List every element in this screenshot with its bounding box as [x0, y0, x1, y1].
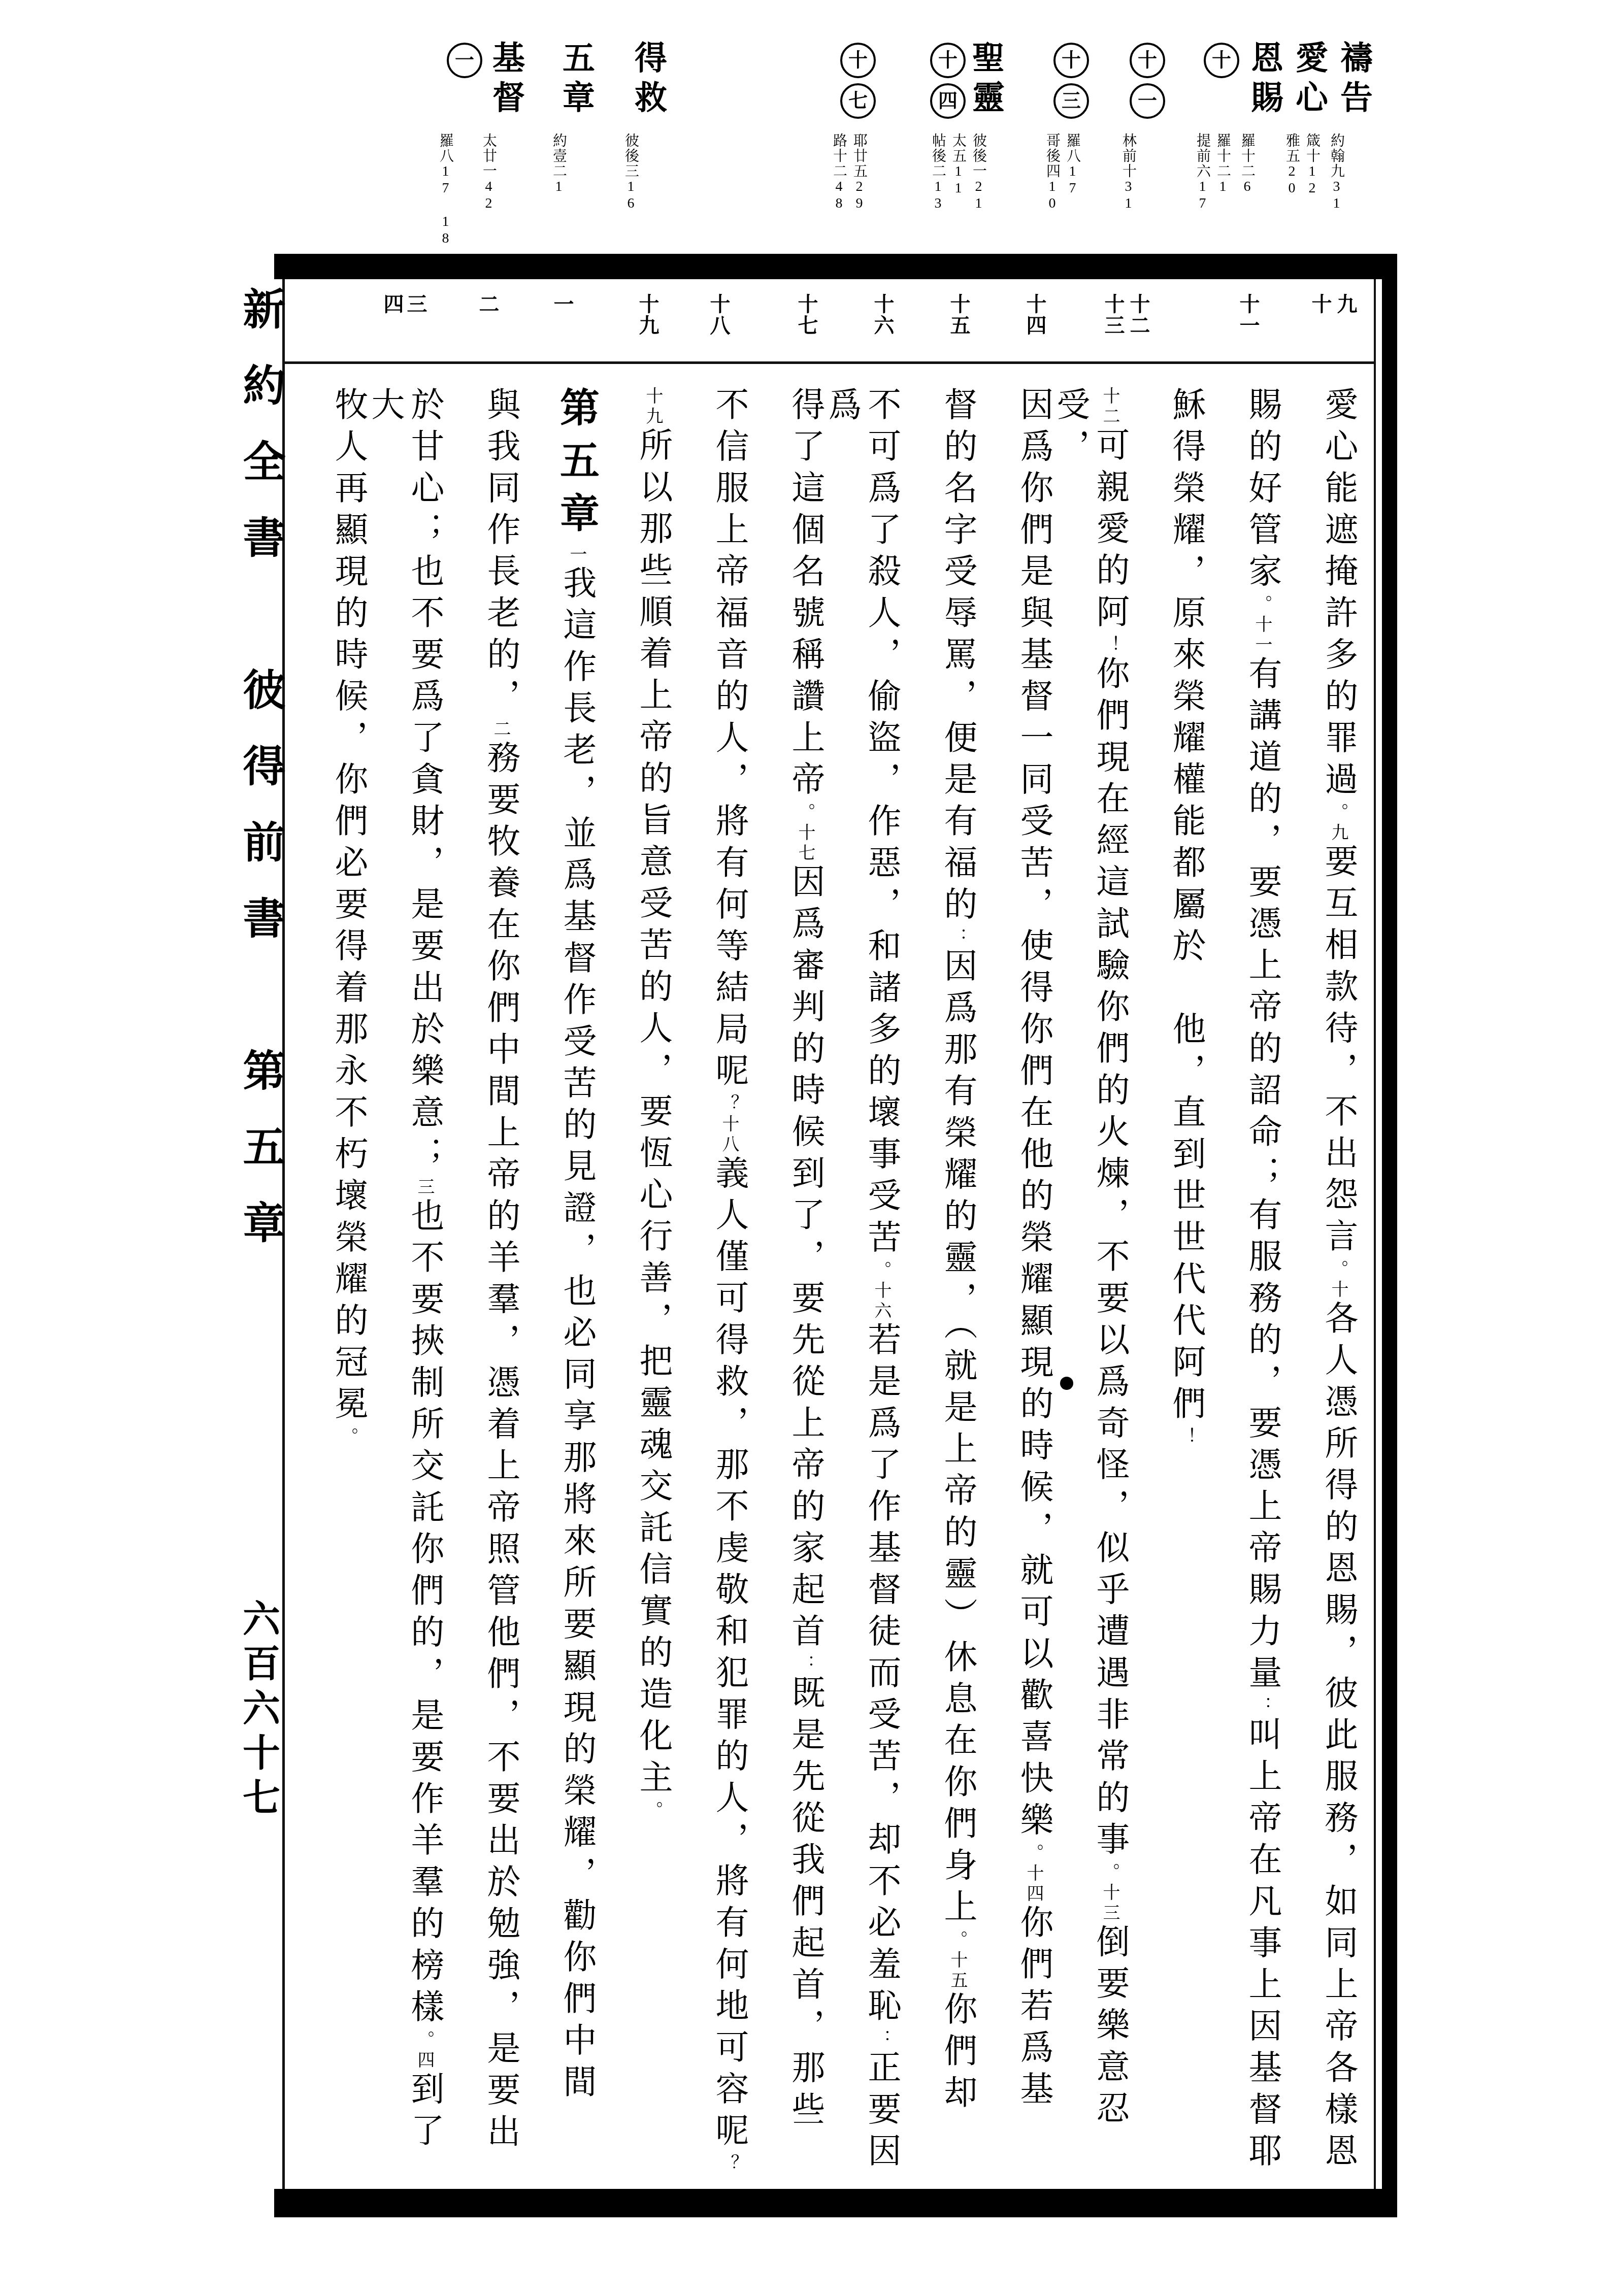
cross-references: 羅十二1提前六17: [1194, 133, 1231, 212]
inline-verse-mark: 。四: [415, 2031, 434, 2071]
cross-references: 太廿一42: [480, 133, 497, 212]
scripture-text: 督的名字受辱罵，便是有福的: [939, 387, 976, 928]
frame-top-border: [274, 254, 1397, 279]
annotation-topic-label: 愛心: [1289, 41, 1329, 120]
text-column: 與我同作長老的，二務要牧養在你們中間上帝的羊羣，憑着上帝照管他們，不要出於勉強，…: [480, 387, 520, 2186]
cross-references: 約翰九31: [1328, 133, 1345, 212]
scripture-text: 你們現在經這試驗你們的火煉，不要以爲奇怪，似乎遭遇非常的事: [1091, 656, 1128, 1863]
verse-number: 十五: [947, 293, 970, 358]
cross-reference: 彼後一21: [970, 133, 987, 212]
inline-verse-mark: ！: [1176, 1427, 1195, 1448]
annotation-cluster: 恩賜: [1238, 41, 1284, 120]
text-column: 賜的好管家。十一有講道的，要憑上帝的詔命；有服務的，要憑上帝賜力量：叫上帝在凡事…: [1242, 387, 1281, 2186]
scripture-text: 因爲那有榮耀的靈，（就是上帝的靈）休息在你們身上: [939, 948, 976, 1931]
cross-references: 羅八17 18: [437, 133, 454, 247]
cross-reference: 約翰九31: [1328, 133, 1345, 212]
scripture-text: 若是爲了作基督徒而受苦，却不必羞恥: [863, 1322, 900, 2029]
text-column: 督的名字受辱罵，便是有福的：因爲那有榮耀的靈，（就是上帝的靈）休息在你們身上。十…: [937, 387, 977, 2186]
text-column: 因爲你們是與基督一同受苦，使得你們在他的榮耀顯現的時候，就可以歡喜快樂。十四你們…: [1013, 387, 1053, 2186]
annotation-cluster: 一: [437, 41, 482, 78]
circle-numeral: 十: [1204, 43, 1239, 78]
text-column: 於甘心；也不要爲了貪財，是要出於樂意；三也不要挾制所交託你們的，是要作羊羣的榜樣…: [404, 387, 444, 2186]
inline-verse-mark: ？十八: [719, 1094, 738, 1155]
cross-reference: 雅五20: [1283, 133, 1300, 197]
scripture-text: 不可爲了殺人，偷盜，作惡，和諸多的壞事受苦: [863, 387, 900, 1261]
cross-references: 箴十12雅五20: [1283, 133, 1321, 197]
verse-number: 十七: [795, 293, 818, 358]
scripture-text: 因爲你們是與基督一同受苦，使得你們在他的榮耀顯現的時候，就可以歡喜快樂: [1015, 387, 1052, 1844]
annotation-cluster: 禱告: [1328, 41, 1373, 120]
circle-numeral: 十: [1130, 43, 1165, 78]
scripture-text: 你們却: [939, 1991, 976, 2116]
scripture-text: 你們若爲基: [1015, 1905, 1052, 2113]
verse-number: 二: [476, 293, 499, 358]
inline-verse-mark: ：: [948, 928, 967, 948]
cross-reference: 羅八17: [1064, 133, 1081, 212]
annotation-topic-label: 基督: [486, 41, 525, 120]
cross-references: 約壹二1: [550, 133, 567, 195]
verse-number: 一: [550, 293, 574, 358]
scripture-text: 也不要挾制所交託你們的，是要作羊羣的榜樣: [406, 1198, 443, 2031]
scripture-text: 不信服上帝福音的人，將有何等結局呢: [710, 387, 747, 1094]
text-column: 不信服上帝福音的人，將有何等結局呢？十八義人僅可得救，那不虔敬和犯罪的人，將有何…: [709, 387, 748, 2186]
verse-number: 三: [404, 293, 427, 358]
annotation-topic-label: 禱告: [1334, 41, 1373, 120]
inline-verse-mark: 一: [567, 545, 586, 565]
scripture-text: 既是先從我們起首，那些: [786, 1675, 823, 2133]
annotation-topic-label: 恩賜: [1244, 41, 1284, 120]
cross-references: 羅十二6: [1238, 133, 1256, 195]
text-column: 十九所以那些順着上帝的旨意受苦的人，要恆心行善，把靈魂交託信實的造化主。: [633, 387, 672, 2186]
cross-reference: 耶廿五29: [850, 133, 868, 212]
annotation-cluster: 聖靈十四: [929, 41, 1005, 120]
inline-verse-mark: 。十一: [1252, 595, 1271, 656]
scripture-text: 愛心能遮掩許多的罪過: [1319, 387, 1357, 803]
circle-numeral: 十: [840, 43, 876, 78]
text-column: 十二可親愛的阿！你們現在經這試驗你們的火煉，不要以爲奇怪，似乎遭遇非常的事。十三…: [1090, 387, 1129, 2186]
verse-number: 十四: [1023, 293, 1046, 358]
cross-reference: 羅十二1: [1214, 133, 1231, 212]
annotation-cluster: 十三: [1043, 41, 1089, 119]
cross-reference: 羅八17 18: [437, 133, 454, 247]
inline-verse-mark: 。: [339, 1427, 357, 1448]
verse-number: 十八: [707, 293, 730, 358]
text-column: 不可爲了殺人，偷盜，作惡，和諸多的壞事受苦。十六若是爲了作基督徒而受苦，却不必羞…: [861, 387, 901, 2186]
verse-number: 十一: [1236, 293, 1260, 358]
inline-verse-mark: 。十五: [948, 1931, 967, 1991]
circled-verse-number: 一: [447, 43, 482, 78]
scripture-text: 務要牧養在你們中間上帝的羊羣，憑着上帝照管他們，不要出於勉強，是要出: [482, 740, 519, 2155]
annotation-topic-label: 聖靈: [966, 41, 1005, 120]
inline-verse-mark: ：: [796, 1655, 814, 1675]
inline-verse-mark: 。十六: [872, 1261, 890, 1322]
annotation-cluster: 五章: [550, 41, 596, 120]
circle-numeral: 一: [447, 43, 482, 78]
verse-number: 十: [1308, 293, 1332, 358]
circle-numeral: 七: [840, 83, 876, 119]
scripture-text: 穌得榮耀，原來榮耀權能都屬於 他，直到世世代代阿們: [1167, 387, 1204, 1427]
annotation-topic-label: 得救: [628, 41, 668, 120]
text-column: 牧人再顯現的時候，你們必要得着那永不朽壞榮耀的冠冕。: [328, 387, 368, 2186]
cross-reference: 羅十二6: [1238, 133, 1256, 195]
cross-reference: 帖後二13: [929, 133, 946, 212]
scripture-text: 因爲審判的時候到了，要先從上帝的家起首: [786, 864, 823, 1655]
annotation-cluster: 十七: [830, 41, 876, 119]
inline-verse-mark: 。九: [1329, 803, 1347, 844]
scripture-text: 要互相款待，不出怨言: [1319, 844, 1357, 1260]
inline-verse-mark: ：: [1252, 1696, 1271, 1717]
cross-reference: 林前十31: [1119, 133, 1137, 212]
circle-numeral: 十: [930, 43, 966, 78]
cross-reference: 提前六17: [1194, 133, 1211, 212]
scripture-text: 各人憑所得的恩賜，彼此服務，如同上帝各樣恩: [1319, 1301, 1357, 2175]
circle-numeral: 十: [1053, 43, 1089, 78]
cross-reference: 箴十12: [1303, 133, 1321, 197]
inline-verse-mark: 二: [491, 720, 510, 740]
verse-strip-separator-line: [284, 361, 1374, 364]
inline-verse-mark: 。十: [1329, 1260, 1347, 1301]
annotation-cluster: 十一: [1119, 41, 1165, 119]
inline-verse-mark: 。十四: [1024, 1844, 1043, 1905]
circle-numeral: 三: [1053, 83, 1089, 119]
inline-verse-mark: ？: [719, 2154, 738, 2175]
circled-verse-number: 十一: [1130, 43, 1165, 119]
cross-references: 耶廿五29路十二48: [830, 133, 868, 212]
cross-reference: 哥後四10: [1043, 133, 1061, 212]
cross-references: 彼後一21太五11帖後二13: [929, 133, 987, 212]
scripture-text: 牧人再顯現的時候，你們必要得着那永不朽壞榮耀的冠冕: [329, 387, 367, 1427]
annotation-topic-label: 五章: [556, 41, 596, 120]
circle-numeral: 四: [930, 83, 966, 119]
text-column: 穌得榮耀，原來榮耀權能都屬於 他，直到世世代代阿們！: [1166, 387, 1205, 2186]
frame-right-border: [1382, 254, 1397, 2217]
verse-number: 十六: [871, 293, 894, 358]
ink-blot: [1060, 1377, 1073, 1390]
cross-reference: 約壹二1: [550, 133, 567, 195]
cross-reference: 太廿一42: [480, 133, 497, 212]
scripture-text: 義人僅可得救，那不虔敬和犯罪的人，將有何地可容呢: [710, 1155, 747, 2154]
annotation-cluster: 基督: [480, 41, 525, 120]
scripture-text: 與我同作長老的，: [482, 387, 519, 720]
scanned-book-page: 禱告約翰九31愛心箴十12雅五20恩賜羅十二6十羅十二1提前六17十一林前十31…: [0, 0, 1617, 2296]
margin-page-number: 六百六十七: [231, 1599, 285, 1904]
scripture-text: 得了這個名號稱讚上帝: [786, 387, 823, 803]
cross-references: 羅八17哥後四10: [1043, 133, 1081, 212]
scripture-text: 有講道的，要憑上帝的詔命；有服務的，要憑上帝賜力量: [1243, 656, 1280, 1696]
circled-verse-number: 十: [1204, 43, 1239, 78]
inline-verse-mark: 三: [415, 1178, 434, 1198]
scripture-text: 所以那些順着上帝的旨意受苦的人，要恆心行善，把靈魂交託信實的造化主: [634, 427, 671, 1801]
inline-verse-mark: 十二: [1100, 387, 1119, 427]
cross-references: 林前十31: [1119, 133, 1137, 212]
inline-verse-mark: 。十三: [1100, 1863, 1119, 1924]
cross-reference: 太五11: [949, 133, 967, 212]
text-column: 得了這個名號稱讚上帝。十七因爲審判的時候到了，要先從上帝的家起首：既是先從我們起…: [785, 387, 824, 2186]
verse-number: 四: [380, 293, 404, 358]
text-column: 愛心能遮掩許多的罪過。九要互相款待，不出怨言。十各人憑所得的恩賜，彼此服務，如同…: [1318, 387, 1358, 2186]
cross-references: 彼後三16: [622, 133, 639, 212]
annotation-cluster: 得救: [622, 41, 668, 120]
scripture-text: 叫上帝在凡事上因基督耶: [1243, 1717, 1280, 2175]
annotation-cluster: 愛心: [1283, 41, 1329, 120]
inline-verse-mark: 。十七: [796, 803, 814, 864]
annotation-cluster: 十: [1194, 41, 1239, 78]
scripture-text: 賜的好管家: [1243, 387, 1280, 595]
inline-verse-mark: ：: [872, 2029, 890, 2050]
scripture-text: 於甘心；也不要爲了貪財，是要出於樂意；: [406, 387, 443, 1178]
frame-bottom-border: [274, 2189, 1397, 2217]
circled-verse-number: 十七: [840, 43, 876, 119]
inline-verse-mark: ！: [1100, 636, 1119, 656]
scripture-text: 可親愛的阿: [1091, 427, 1128, 636]
scripture-text: 我這作長老，並爲基督作受苦的見證，也必同享那將來所要顯現的榮耀，勸你們中間: [558, 565, 595, 2106]
chapter-heading: 第五章: [554, 387, 599, 545]
circled-verse-number: 十三: [1053, 43, 1089, 119]
verse-number: 十九: [636, 293, 659, 358]
verse-number: 十三: [1101, 293, 1125, 358]
text-column: 第五章一我這作長老，並爲基督作受苦的見證，也必同享那將來所要顯現的榮耀，勸你們中…: [556, 387, 596, 2186]
verse-number: 十二: [1127, 293, 1150, 358]
cross-reference: 路十二48: [830, 133, 847, 212]
verse-number: 九: [1334, 293, 1357, 358]
margin-book-title: 新約全書 彼得前書 第五章: [229, 287, 291, 1607]
cross-reference: 彼後三16: [622, 133, 639, 212]
inline-verse-mark: 。: [643, 1801, 662, 1821]
inline-verse-mark: 十九: [643, 387, 662, 427]
circled-verse-number: 十四: [930, 43, 966, 119]
frame-right-inner-line: [1374, 279, 1376, 2189]
circle-numeral: 一: [1130, 83, 1165, 119]
